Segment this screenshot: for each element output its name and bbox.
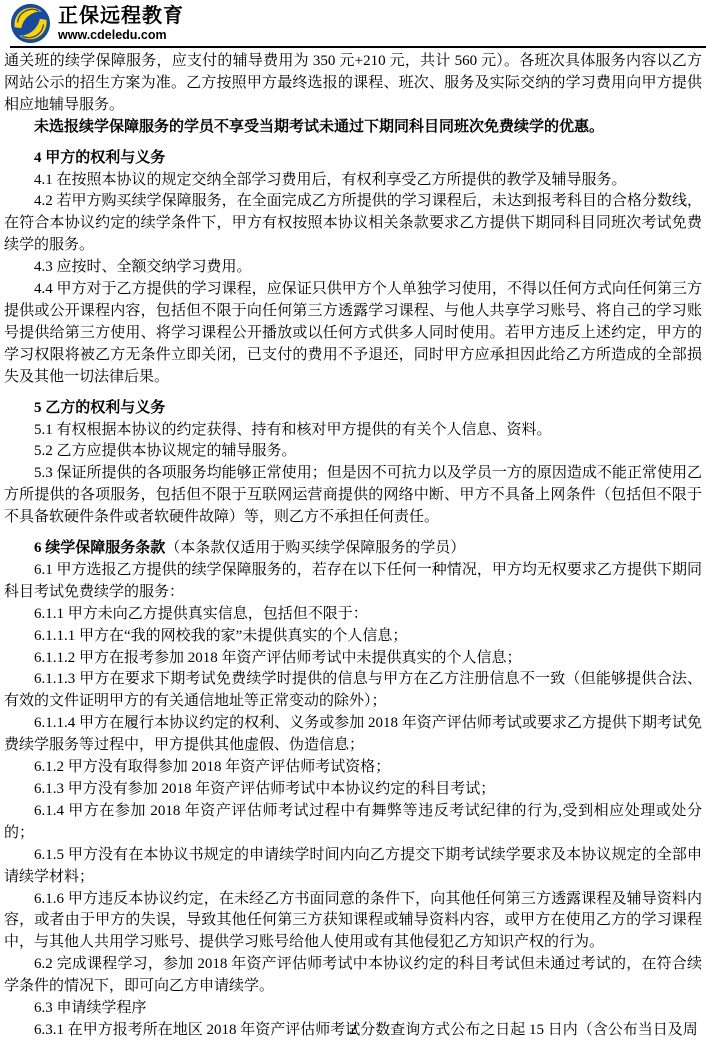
paragraph: 6.1.1 甲方未向乙方提供真实信息，包括但不限于： xyxy=(4,604,702,626)
brand-url: www.cdeledu.com xyxy=(58,28,184,43)
document-body: 通关班的续学保障服务，应支付的辅导费用为 350 元+210 元，共计 560 … xyxy=(0,48,706,1042)
section-heading: 6 续学保障服务条款（本条款仅适用于购买续学保障服务的学员） xyxy=(4,538,702,560)
section-heading: 5 乙方的权利与义务 xyxy=(4,398,702,420)
paragraph: 6.1.1.3 甲方在要求下期考试免费续学时提供的信息与甲方在乙方注册信息不一致… xyxy=(4,669,702,713)
section-heading: 4 甲方的权利与义务 xyxy=(4,148,702,170)
page-footer: 2 xyxy=(0,1021,706,1039)
paragraph: 6.1.3 甲方没有参加 2018 年资产评估师考试中本协议约定的科目考试； xyxy=(4,779,702,801)
paragraph: 6.1.5 甲方没有在本协议书规定的申请续学时间内向乙方提交下期考试续学要求及本… xyxy=(4,845,702,889)
paragraph: 6.1.1.1 甲方在“我的网校我的家”未提供真实的个人信息； xyxy=(4,626,702,648)
section-heading-title: 6 续学保障服务条款 xyxy=(34,540,165,556)
paragraph: 5.3 保证所提供的各项服务均能够正常使用；但是因不可抗力以及学员一方的原因造成… xyxy=(4,463,702,529)
emphasis-paragraph: 未选报续学保障服务的学员不享受当期考试未通过下期同科目同班次免费续学的优惠。 xyxy=(4,117,702,139)
paragraph: 5.1 有权根据本协议的约定获得、持有和核对甲方提供的有关个人信息、资料。 xyxy=(4,420,702,442)
paragraph: 6.1.6 甲方违反本协议约定，在未经乙方书面同意的条件下，向其他任何第三方透露… xyxy=(4,889,702,955)
paragraph: 6.1 甲方选报乙方提供的续学保障服务的，若存在以下任何一种情况，甲方均无权要求… xyxy=(4,560,702,604)
paragraph: 4.4 甲方对于乙方提供的学习课程，应保证只供甲方个人单独学习使用，不得以任何方… xyxy=(4,279,702,389)
page-number: 2 xyxy=(349,1022,357,1038)
paragraph: 6.3 申请续学程序 xyxy=(4,998,702,1020)
brand-name: 正保远程教育 xyxy=(58,4,184,28)
section-heading-note: （本条款仅适用于购买续学保障服务的学员） xyxy=(165,540,465,556)
paragraph: 6.1.4 甲方在参加 2018 年资产评估师考试过程中有舞弊等违反考试纪律的行… xyxy=(4,801,702,845)
paragraph: 6.1.1.2 甲方在报考参加 2018 年资产评估师考试中未提供真实的个人信息… xyxy=(4,648,702,670)
page-header: 正保远程教育 www.cdeledu.com xyxy=(0,0,706,48)
paragraph: 6.2 完成课程学习，参加 2018 年资产评估师考试中本协议约定的科目考试但未… xyxy=(4,954,702,998)
paragraph: 4.1 在按照本协议的规定交纳全部学习费用后，有权利享受乙方所提供的教学及辅导服… xyxy=(4,170,702,192)
paragraph: 6.1.1.4 甲方在履行本协议约定的权利、义务或参加 2018 年资产评估师考… xyxy=(4,713,702,757)
paragraph: 6.1.2 甲方没有取得参加 2018 年资产评估师考试资格； xyxy=(4,757,702,779)
brand-text: 正保远程教育 www.cdeledu.com xyxy=(58,4,184,43)
paragraph: 通关班的续学保障服务，应支付的辅导费用为 350 元+210 元，共计 560 … xyxy=(4,51,702,117)
paragraph: 5.2 乙方应提供本协议规定的辅导服务。 xyxy=(4,441,702,463)
brand-logo-icon xyxy=(10,3,51,44)
paragraph: 4.2 若甲方购买续学保障服务，在全面完成乙方所提供的学习课程后，未达到报考科目… xyxy=(4,191,702,257)
paragraph: 4.3 应按时、全额交纳学习费用。 xyxy=(4,257,702,279)
brand: 正保远程教育 www.cdeledu.com xyxy=(10,3,706,44)
document-page: 正保远程教育 www.cdeledu.com 通关班的续学保障服务，应支付的辅导… xyxy=(0,0,706,1043)
